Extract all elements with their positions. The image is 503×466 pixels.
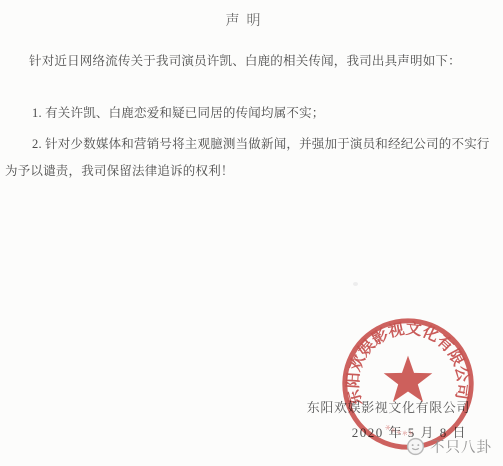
scan-noise-speck — [353, 282, 358, 286]
seal-ring-text: 东阳欢娱影视文化有限公司 — [343, 319, 473, 408]
signature-company-name: 东阳欢娱影视文化有限公司 — [307, 397, 470, 416]
document-title: 声明 — [0, 10, 503, 30]
statement-item-2: 2. 针对少数媒体和营销号将主观臆测当做新闻，并强加于演员和经纪公司的不实行为予… — [5, 131, 500, 184]
statement-item-1: 1. 有关许凯、白鹿恋爱和疑已同居的传闻均属不实； — [5, 104, 497, 122]
watermark-logo-icon — [406, 437, 425, 456]
watermark: 不只八卦 — [406, 436, 492, 457]
svg-text:东阳欢娱影视文化有限公司: 东阳欢娱影视文化有限公司 — [343, 319, 473, 408]
intro-paragraph: 针对近日网络流传关于我司演员许凯、白鹿的相关传闻，我司出具声明如下： — [5, 52, 495, 70]
seal-star-icon — [384, 356, 433, 402]
document-page: 声明 针对近日网络流传关于我司演员许凯、白鹿的相关传闻，我司出具声明如下： 1.… — [0, 0, 503, 466]
watermark-label: 不只八卦 — [430, 436, 492, 457]
